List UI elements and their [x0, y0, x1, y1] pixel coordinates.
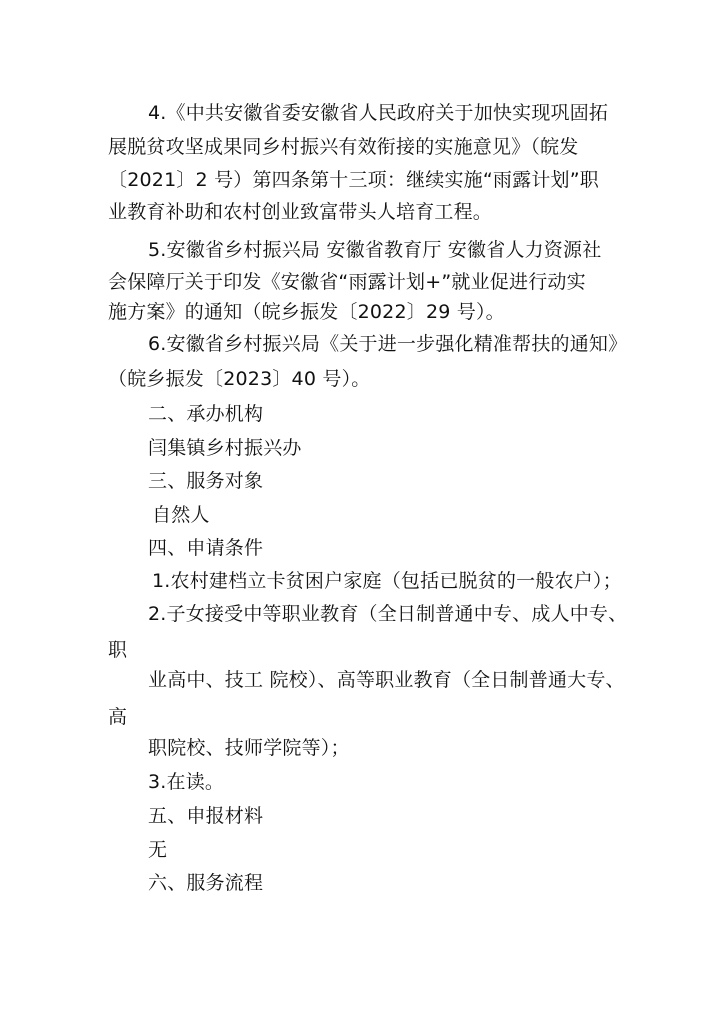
paragraph-ref4-line3: 〔2021〕2 号）第四条第十三项：继续实施“雨露计划”职 [108, 168, 599, 192]
section-content-service-target: 自然人 [152, 503, 210, 527]
paragraph-ref5-line1: 5.安徽省乡村振兴局 安徽省教育厅 安徽省人力资源社 [148, 238, 601, 262]
condition-item-2-line2: 职 [108, 638, 127, 662]
paragraph-ref6-line2: （皖乡振发〔2023〕40 号）。 [108, 367, 370, 391]
condition-item-2-line1: 2.子女接受中等职业教育（全日制普通中专、成人中专、 [148, 602, 627, 626]
section-heading-agency: 二、承办机构 [148, 402, 263, 426]
section-content-materials: 无 [148, 838, 167, 862]
paragraph-ref4-line4: 业教育补助和农村创业致富带头人培育工程。 [108, 200, 492, 224]
section-heading-materials: 五、申报材料 [148, 804, 263, 828]
section-heading-conditions: 四、申请条件 [148, 536, 263, 560]
section-heading-process: 六、服务流程 [148, 871, 263, 895]
paragraph-ref4-line2: 展脱贫攻坚成果同乡村振兴有效衔接的实施意见》（皖发 [108, 135, 579, 159]
condition-item-1: 1.农村建档立卡贫困户家庭（包括已脱贫的一般农户）； [152, 569, 622, 593]
paragraph-ref5-line3: 施方案》的通知（皖乡振发〔2022〕29 号）。 [108, 300, 505, 324]
section-heading-service-target: 三、服务对象 [148, 469, 263, 493]
condition-item-2-line4: 高 [108, 705, 127, 729]
document-page: 4.《中共安徽省委安徽省人民政府关于加快实现巩固拓 展脱贫攻坚成果同乡村振兴有效… [0, 0, 715, 1011]
condition-item-2-line3: 业高中、技工 院校）、高等职业教育（全日制普通大专、 [148, 668, 625, 692]
paragraph-ref5-line2: 会保障厅关于印发《安徽省“雨露计划+”就业促进行动实 [108, 270, 586, 294]
condition-item-2-line5: 职院校、技师学院等）； [148, 736, 350, 760]
paragraph-ref4-line1: 4.《中共安徽省委安徽省人民政府关于加快实现巩固拓 [148, 101, 608, 125]
condition-item-3: 3.在读。 [148, 770, 224, 794]
section-content-agency: 闫集镇乡村振兴办 [148, 436, 302, 460]
paragraph-ref6-line1: 6.安徽省乡村振兴局《关于进一步强化精准帮扶的通知》 [148, 332, 627, 356]
